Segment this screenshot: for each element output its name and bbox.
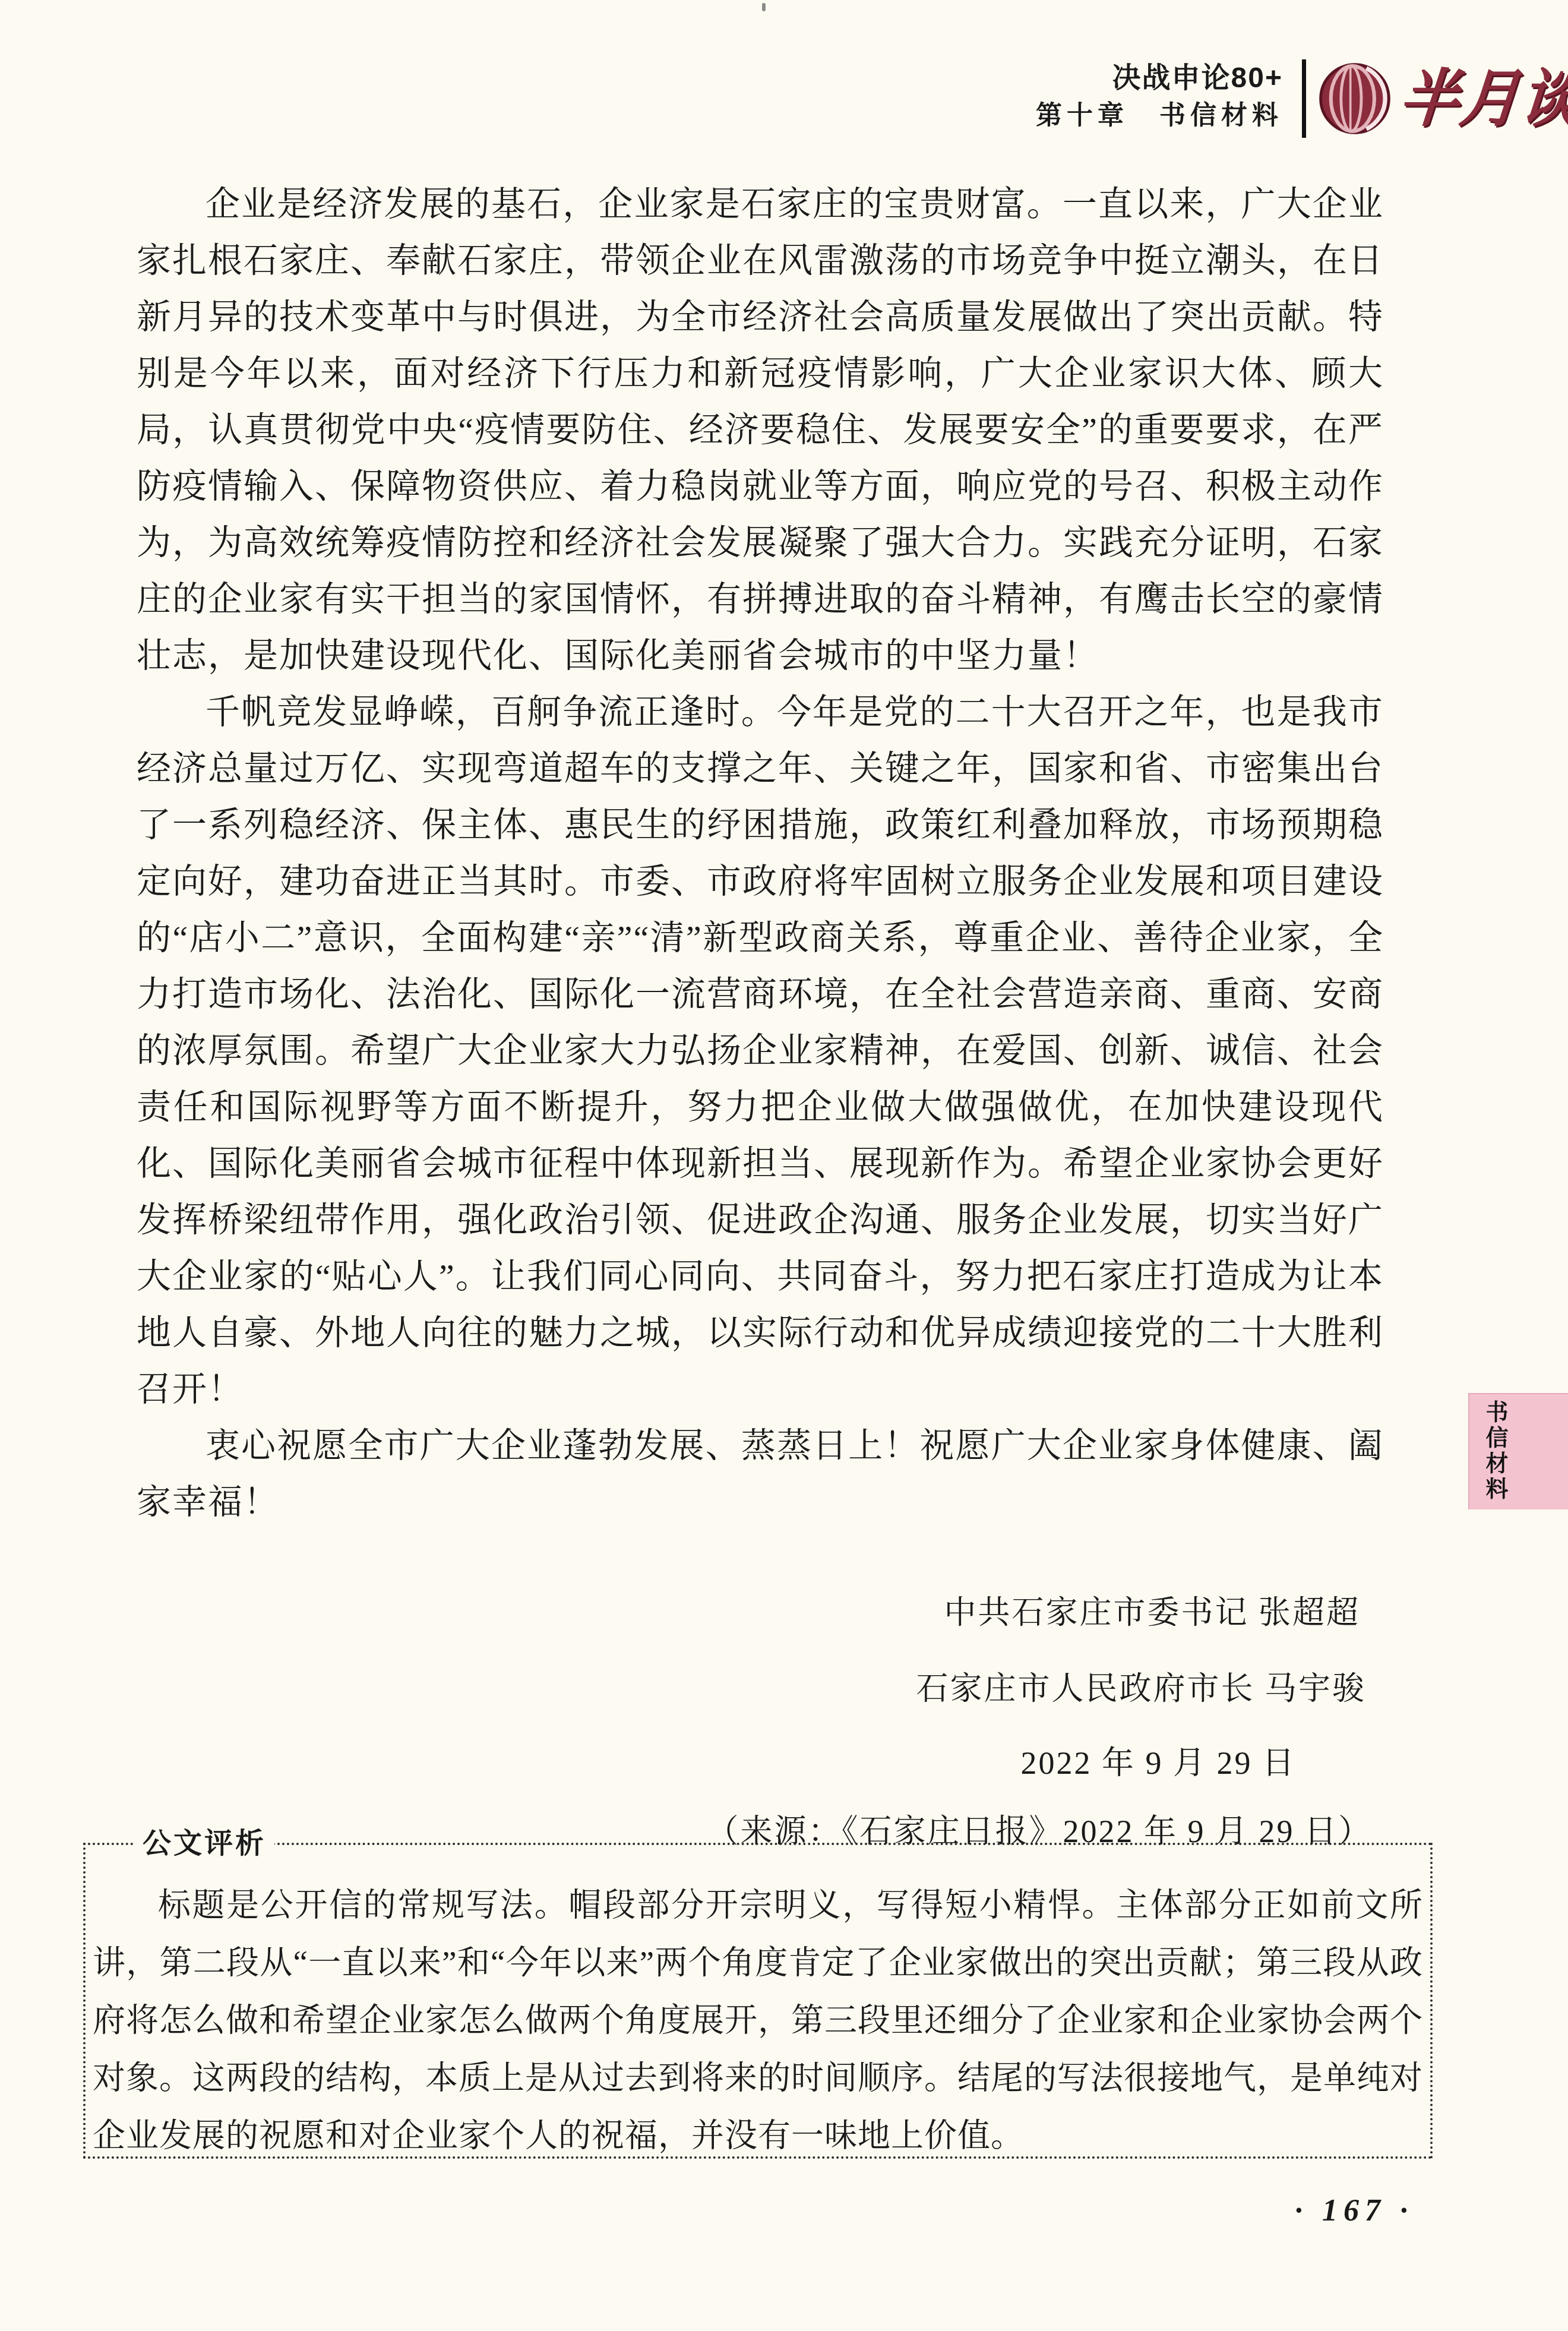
scan-artifact-dot [762, 3, 766, 11]
signature-mayor: 石家庄市人民政府市长 马宇骏 [916, 1663, 1367, 1709]
banyuetan-logo-text: 半月谈 [1396, 68, 1568, 130]
chapter-title: 第十章 书信材料 [1036, 100, 1283, 132]
analysis-box-body: 标题是公开信的常规写法。帽段部分开宗明义，写得短小精悍。主体部分正如前文所讲，第… [86, 1845, 1430, 2164]
letter-paragraph-2: 千帆竞发显峥嵘，百舸争流正逢时。今年是党的二十大召开之年，也是我市经济总量过万亿… [137, 684, 1384, 1417]
chapter-edge-tab-label: 书信材料 [1481, 1400, 1507, 1502]
signature-secretary: 中共石家庄市委书记 张超超 [944, 1587, 1361, 1633]
banyuetan-logo: 半月谈 [1319, 58, 1551, 139]
header-divider [1302, 59, 1306, 138]
chapter-edge-tab: 书信材料 [1468, 1393, 1568, 1509]
analysis-box-label: 公文评析 [134, 1825, 274, 1863]
letter-paragraph-1: 企业是经济发展的基石，企业家是石家庄的宝贵财富。一直以来，广大企业家扎根石家庄、… [137, 176, 1384, 684]
banyuetan-globe-icon [1319, 62, 1391, 135]
book-page: 决战申论80+ 第十章 书信材料 半月谈 企业是经济发展的基石，企业家是石家庄的… [0, 0, 1568, 2331]
analysis-box: 公文评析 标题是公开信的常规写法。帽段部分开宗明义，写得短小精悍。主体部分正如前… [83, 1843, 1433, 2159]
page-header: 决战申论80+ 第十章 书信材料 [1036, 62, 1283, 132]
letter-body: 企业是经济发展的基石，企业家是石家庄的宝贵财富。一直以来，广大企业家扎根石家庄、… [137, 176, 1384, 1530]
page-number: · 167 · [1265, 2193, 1443, 2228]
series-title: 决战申论80+ [1036, 62, 1283, 95]
letter-paragraph-3: 衷心祝愿全市广大企业蓬勃发展、蒸蒸日上！祝愿广大企业家身体健康、阖家幸福！ [137, 1417, 1384, 1530]
letter-date: 2022 年 9 月 29 日 [1021, 1738, 1297, 1783]
